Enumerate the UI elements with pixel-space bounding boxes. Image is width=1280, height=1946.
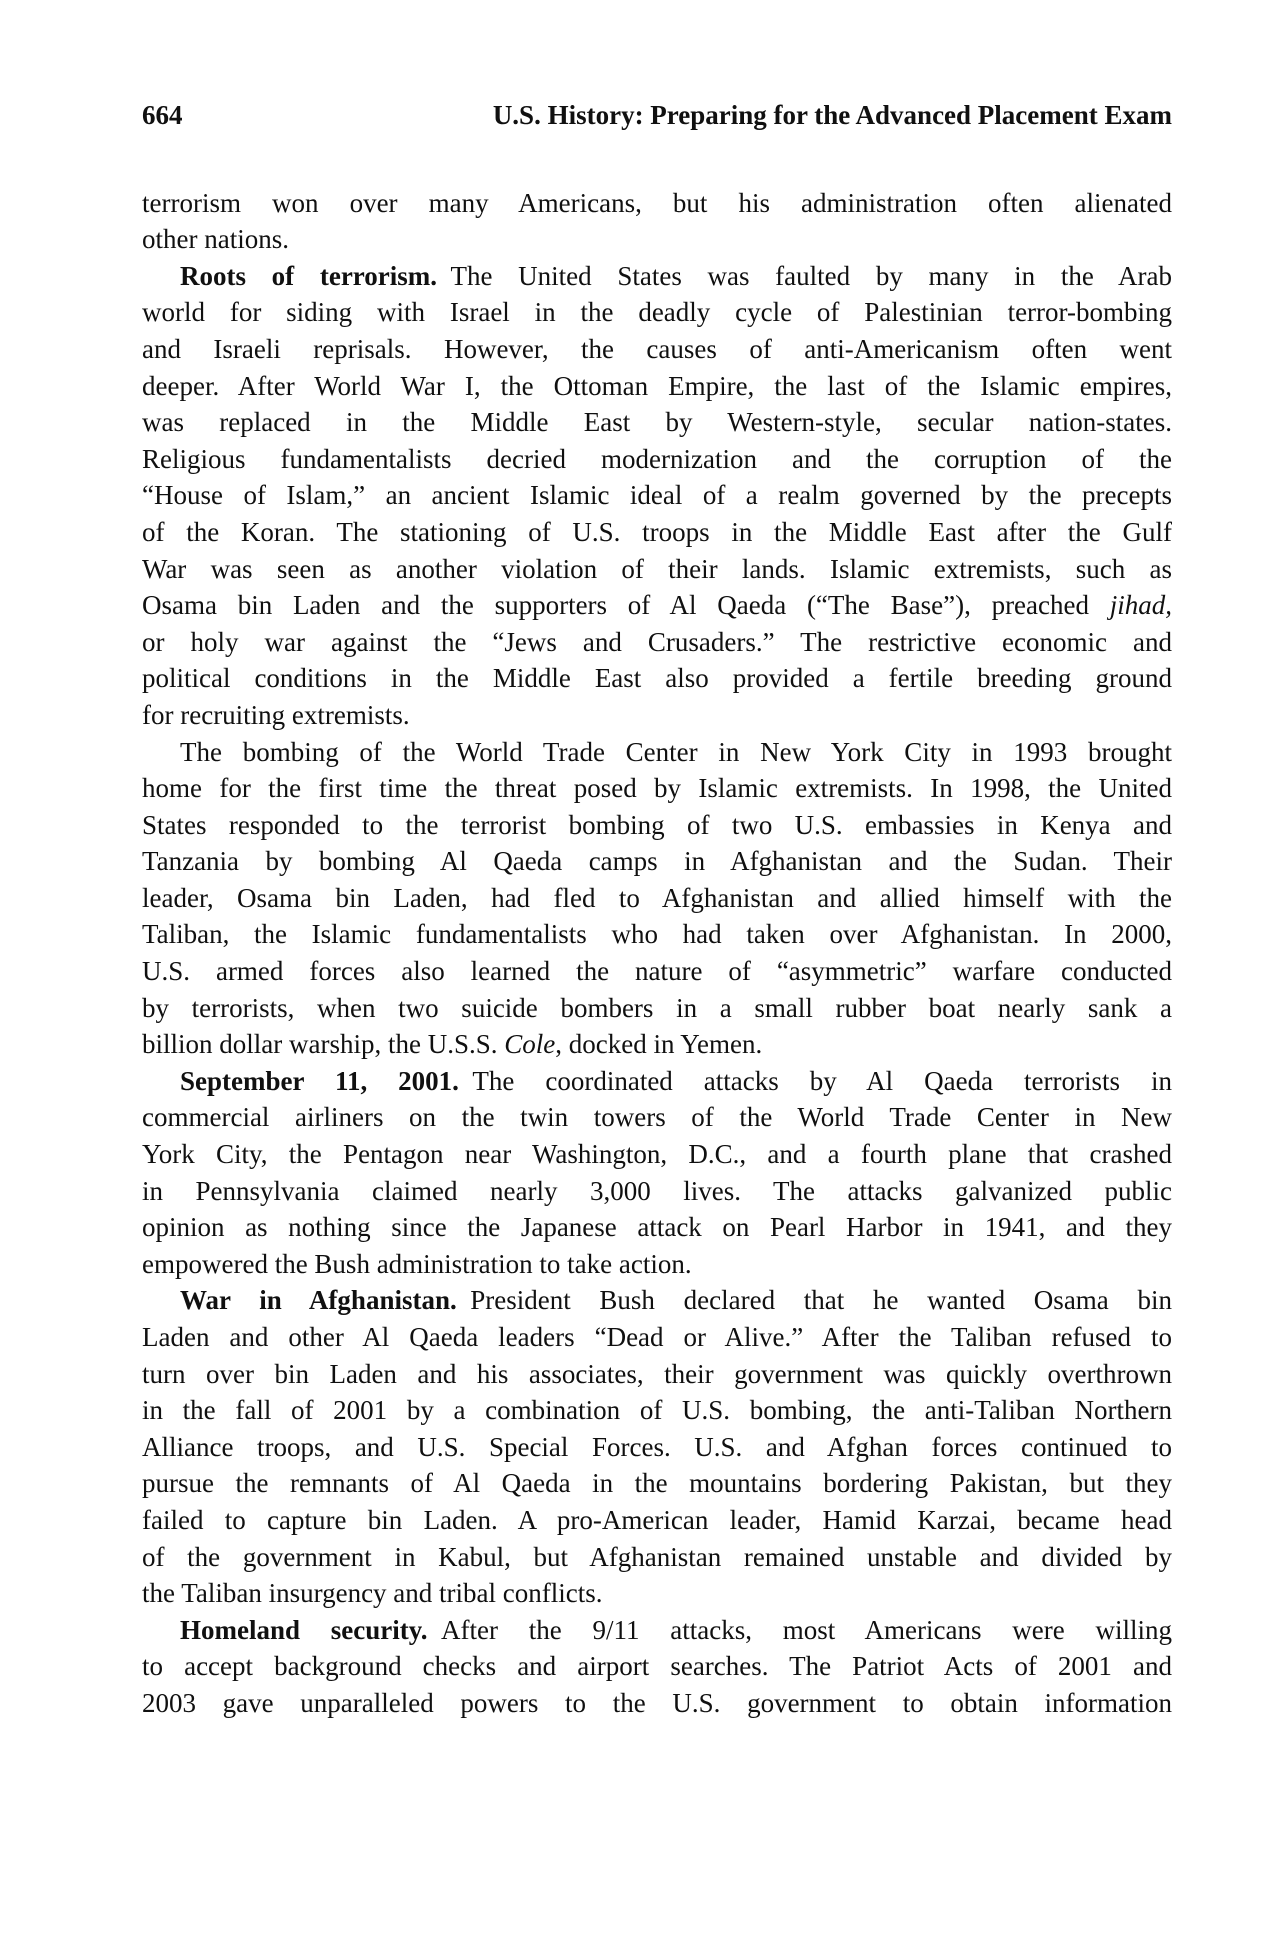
- text-line: empowered the Bush administration to tak…: [142, 1246, 1172, 1283]
- text-line: in the fall of 2001 by a combination of …: [142, 1392, 1172, 1429]
- text-line: Osama bin Laden and the supporters of Al…: [142, 587, 1172, 624]
- text-segment: After the 9/11 attacks, most Americans w…: [428, 1615, 1172, 1645]
- text-segment: War in Afghanistan.: [180, 1285, 457, 1315]
- text-line: U.S. armed forces also learned the natur…: [142, 953, 1172, 990]
- text-segment: Osama bin Laden and the supporters of Al…: [142, 590, 1110, 620]
- text-line: leader, Osama bin Laden, had fled to Afg…: [142, 880, 1172, 917]
- text-line: of the government in Kabul, but Afghanis…: [142, 1539, 1172, 1576]
- text-segment: in Pennsylvania claimed nearly 3,000 liv…: [142, 1176, 1172, 1206]
- paragraph: War in Afghanistan. President Bush decla…: [142, 1282, 1172, 1611]
- text-segment: The bombing of the World Trade Center in…: [180, 737, 1172, 767]
- text-line: commercial airliners on the twin towers …: [142, 1099, 1172, 1136]
- text-segment: 2003 gave unparalleled powers to the U.S…: [142, 1688, 1172, 1718]
- text-line: deeper. After World War I, the Ottoman E…: [142, 368, 1172, 405]
- text-segment: commercial airliners on the twin towers …: [142, 1102, 1172, 1132]
- text-segment: or holy war against the “Jews and Crusad…: [142, 627, 1172, 657]
- text-line: political conditions in the Middle East …: [142, 660, 1172, 697]
- text-segment: empowered the Bush administration to tak…: [142, 1249, 692, 1279]
- paragraph: September 11, 2001. The coordinated atta…: [142, 1063, 1172, 1283]
- text-segment: opinion as nothing since the Japanese at…: [142, 1212, 1172, 1242]
- text-line: Homeland security. After the 9/11 attack…: [142, 1612, 1172, 1649]
- text-segment: for recruiting extremists.: [142, 700, 410, 730]
- text-segment: leader, Osama bin Laden, had fled to Afg…: [142, 883, 1172, 913]
- running-title: U.S. History: Preparing for the Advanced…: [493, 97, 1172, 134]
- text-segment: States responded to the terrorist bombin…: [142, 810, 1172, 840]
- text-line: other nations.: [142, 221, 1172, 258]
- text-line: Laden and other Al Qaeda leaders “Dead o…: [142, 1319, 1172, 1356]
- text-segment: home for the first time the threat posed…: [142, 773, 1172, 803]
- text-segment: , docked in Yemen.: [555, 1029, 762, 1059]
- text-segment: was replaced in the Middle East by Weste…: [142, 407, 1172, 437]
- text-line: home for the first time the threat posed…: [142, 770, 1172, 807]
- text-segment: to accept background checks and airport …: [142, 1651, 1172, 1681]
- text-line: Alliance troops, and U.S. Special Forces…: [142, 1429, 1172, 1466]
- text-line: States responded to the terrorist bombin…: [142, 807, 1172, 844]
- text-line: or holy war against the “Jews and Crusad…: [142, 624, 1172, 661]
- text-line: in Pennsylvania claimed nearly 3,000 liv…: [142, 1173, 1172, 1210]
- text-line: Tanzania by bombing Al Qaeda camps in Af…: [142, 843, 1172, 880]
- text-line: 2003 gave unparalleled powers to the U.S…: [142, 1685, 1172, 1722]
- text-segment: Tanzania by bombing Al Qaeda camps in Af…: [142, 846, 1172, 876]
- paragraph: terrorism won over many Americans, but h…: [142, 185, 1172, 258]
- text-segment: failed to capture bin Laden. A pro-Ameri…: [142, 1505, 1172, 1535]
- text-line: York City, the Pentagon near Washington,…: [142, 1136, 1172, 1173]
- text-line: billion dollar warship, the U.S.S. Cole,…: [142, 1026, 1172, 1063]
- text-segment: by terrorists, when two suicide bombers …: [142, 993, 1172, 1023]
- text-segment: War was seen as another violation of the…: [142, 554, 1172, 584]
- text-line: War was seen as another violation of the…: [142, 551, 1172, 588]
- text-line: War in Afghanistan. President Bush decla…: [142, 1282, 1172, 1319]
- text-segment: Taliban, the Islamic fundamentalists who…: [142, 919, 1172, 949]
- text-line: turn over bin Laden and his associates, …: [142, 1356, 1172, 1393]
- text-line: the Taliban insurgency and tribal confli…: [142, 1575, 1172, 1612]
- text-segment: deeper. After World War I, the Ottoman E…: [142, 371, 1172, 401]
- text-segment: Roots of terrorism.: [180, 261, 437, 291]
- text-segment: the Taliban insurgency and tribal confli…: [142, 1578, 603, 1608]
- text-line: Taliban, the Islamic fundamentalists who…: [142, 916, 1172, 953]
- article: terrorism won over many Americans, but h…: [142, 185, 1172, 1722]
- text-segment: Cole: [504, 1029, 555, 1059]
- text-segment: and Israeli reprisals. However, the caus…: [142, 334, 1172, 364]
- book-page: 664 U.S. History: Preparing for the Adva…: [0, 0, 1280, 1946]
- paragraph: Homeland security. After the 9/11 attack…: [142, 1612, 1172, 1722]
- text-line: and Israeli reprisals. However, the caus…: [142, 331, 1172, 368]
- paragraph: Roots of terrorism. The United States wa…: [142, 258, 1172, 734]
- text-line: of the Koran. The stationing of U.S. tro…: [142, 514, 1172, 551]
- text-line: pursue the remnants of Al Qaeda in the m…: [142, 1465, 1172, 1502]
- text-line: world for siding with Israel in the dead…: [142, 294, 1172, 331]
- text-segment: Homeland security.: [180, 1615, 428, 1645]
- text-line: by terrorists, when two suicide bombers …: [142, 990, 1172, 1027]
- text-segment: in the fall of 2001 by a combination of …: [142, 1395, 1172, 1425]
- text-segment: billion dollar warship, the U.S.S.: [142, 1029, 504, 1059]
- text-line: for recruiting extremists.: [142, 697, 1172, 734]
- text-segment: September 11, 2001.: [180, 1066, 459, 1096]
- text-segment: terrorism won over many Americans, but h…: [142, 188, 1172, 218]
- text-segment: of the government in Kabul, but Afghanis…: [142, 1542, 1172, 1572]
- text-line: The bombing of the World Trade Center in…: [142, 734, 1172, 771]
- text-line: Religious fundamentalists decried modern…: [142, 441, 1172, 478]
- text-segment: of the Koran. The stationing of U.S. tro…: [142, 517, 1172, 547]
- text-segment: pursue the remnants of Al Qaeda in the m…: [142, 1468, 1172, 1498]
- text-segment: world for siding with Israel in the dead…: [142, 297, 1172, 327]
- text-segment: political conditions in the Middle East …: [142, 663, 1172, 693]
- text-segment: “House of Islam,” an ancient Islamic ide…: [142, 480, 1172, 510]
- text-segment: The United States was faulted by many in…: [437, 261, 1172, 291]
- page-number: 664: [142, 97, 183, 134]
- text-segment: jihad,: [1110, 590, 1172, 620]
- text-segment: other nations.: [142, 224, 289, 254]
- text-segment: U.S. armed forces also learned the natur…: [142, 956, 1172, 986]
- text-line: to accept background checks and airport …: [142, 1648, 1172, 1685]
- text-segment: York City, the Pentagon near Washington,…: [142, 1139, 1172, 1169]
- text-line: opinion as nothing since the Japanese at…: [142, 1209, 1172, 1246]
- text-line: Roots of terrorism. The United States wa…: [142, 258, 1172, 295]
- paragraph: The bombing of the World Trade Center in…: [142, 734, 1172, 1063]
- text-line: was replaced in the Middle East by Weste…: [142, 404, 1172, 441]
- text-line: September 11, 2001. The coordinated atta…: [142, 1063, 1172, 1100]
- text-line: “House of Islam,” an ancient Islamic ide…: [142, 477, 1172, 514]
- text-segment: Religious fundamentalists decried modern…: [142, 444, 1172, 474]
- text-segment: turn over bin Laden and his associates, …: [142, 1359, 1172, 1389]
- text-line: terrorism won over many Americans, but h…: [142, 185, 1172, 222]
- text-segment: Alliance troops, and U.S. Special Forces…: [142, 1432, 1172, 1462]
- text-segment: Laden and other Al Qaeda leaders “Dead o…: [142, 1322, 1172, 1352]
- page-header: 664 U.S. History: Preparing for the Adva…: [142, 97, 1172, 134]
- text-segment: President Bush declared that he wanted O…: [457, 1285, 1172, 1315]
- page-content: 664 U.S. History: Preparing for the Adva…: [142, 97, 1172, 1722]
- text-segment: The coordinated attacks by Al Qaeda terr…: [459, 1066, 1172, 1096]
- text-line: failed to capture bin Laden. A pro-Ameri…: [142, 1502, 1172, 1539]
